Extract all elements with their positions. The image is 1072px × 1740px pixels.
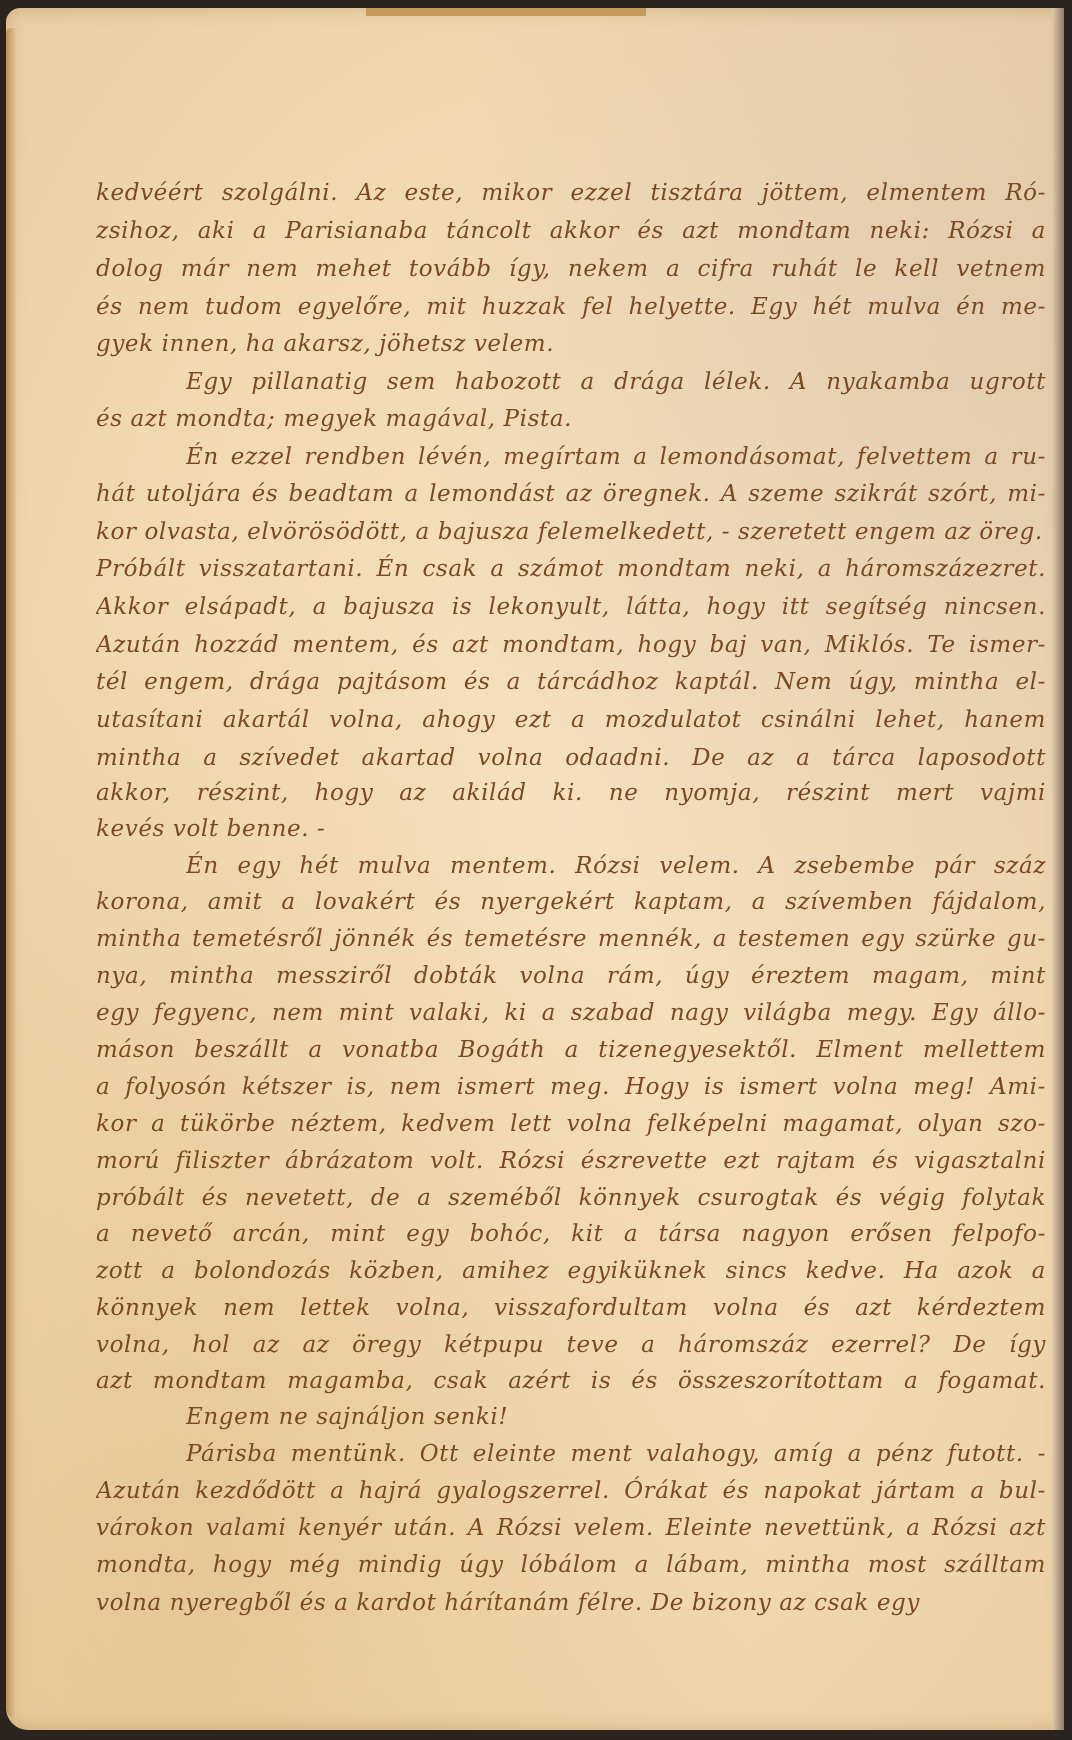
manuscript-line: kor a tükörbe néztem, kedvem lett volna … <box>96 1109 1046 1139</box>
manuscript-line: Engem ne sajnáljon senki! <box>186 1402 1046 1432</box>
manuscript-line: máson beszállt a vonatba Bogáth a tizene… <box>96 1035 1046 1065</box>
manuscript-line: kor olvasta, elvörösödött, a bajusza fel… <box>96 517 1046 547</box>
manuscript-line: tél engem, drága pajtásom és a tárcádhoz… <box>96 667 1046 697</box>
manuscript-line: Azután hozzád mentem, és azt mondtam, ho… <box>96 630 1046 660</box>
manuscript-line: zott a bolondozás közben, amihez egyikük… <box>96 1256 1046 1286</box>
manuscript-line: mintha temetésről jönnék és temetésre me… <box>96 924 1046 954</box>
manuscript-line: korona, amit a lovakért és nyergekért ka… <box>96 887 1046 917</box>
manuscript-line: azt mondtam magamba, csak azért is és ös… <box>96 1366 1046 1396</box>
manuscript-line: Én egy hét mulva mentem. Rózsi velem. A … <box>186 851 1046 881</box>
manuscript-line: és nem tudom egyelőre, mit huzzak fel he… <box>96 292 1046 322</box>
manuscript-line: volna nyeregből és a kardot hárítanám fé… <box>96 1588 1046 1618</box>
manuscript-page: kedvéért szolgálni. Az este, mikor ezzel… <box>6 8 1064 1730</box>
manuscript-line: gyek innen, ha akarsz, jöhetsz velem. <box>96 329 1046 359</box>
manuscript-line: Próbált visszatartani. Én csak a számot … <box>96 554 1046 584</box>
manuscript-line: egy fegyenc, nem mint valaki, ki a szaba… <box>96 998 1046 1028</box>
manuscript-line: kevés volt benne. - <box>96 814 1046 844</box>
manuscript-line: mondta, hogy még mindig úgy lóbálom a lá… <box>96 1550 1046 1580</box>
manuscript-line: Én ezzel rendben lévén, megírtam a lemon… <box>186 442 1046 472</box>
manuscript-line: hát utoljára és beadtam a lemondást az ö… <box>96 479 1046 509</box>
manuscript-line: mintha a szívedet akartad volna odaadni.… <box>96 743 1046 773</box>
manuscript-line: volna, hol az az öregy kétpupu teve a há… <box>96 1330 1046 1360</box>
manuscript-line: dolog már nem mehet tovább így, nekem a … <box>96 254 1046 284</box>
manuscript-line: Párisba mentünk. Ott eleinte ment valaho… <box>186 1439 1046 1469</box>
manuscript-line: utasítani akartál volna, ahogy ezt a moz… <box>96 705 1046 735</box>
manuscript-line: zsihoz, aki a Parisianaba táncolt akkor … <box>96 216 1046 246</box>
manuscript-line: akkor, részint, hogy az akilád ki. ne ny… <box>96 778 1046 808</box>
handwritten-text-block: kedvéért szolgálni. Az este, mikor ezzel… <box>6 8 1064 1730</box>
manuscript-line: Egy pillanatig sem habozott a drága léle… <box>186 367 1046 397</box>
manuscript-line: nya, mintha messziről dobták volna rám, … <box>96 961 1046 991</box>
manuscript-line: Akkor elsápadt, a bajusza is lekonyult, … <box>96 592 1046 622</box>
manuscript-line: könnyek nem lettek volna, visszafordulta… <box>96 1293 1046 1323</box>
manuscript-line: és azt mondta; megyek magával, Pista. <box>96 404 1046 434</box>
manuscript-line: várokon valami kenyér után. A Rózsi vele… <box>96 1513 1046 1543</box>
manuscript-line: a folyosón kétszer is, nem ismert meg. H… <box>96 1072 1046 1102</box>
manuscript-line: Azután kezdődött a hajrá gyalogszerrel. … <box>96 1476 1046 1506</box>
manuscript-line: kedvéért szolgálni. Az este, mikor ezzel… <box>96 178 1046 208</box>
manuscript-line: morú filiszter ábrázatom volt. Rózsi ész… <box>96 1146 1046 1176</box>
manuscript-line: a nevető arcán, mint egy bohóc, kit a tá… <box>96 1219 1046 1249</box>
manuscript-line: próbált és nevetett, de a szeméből könny… <box>96 1183 1046 1213</box>
